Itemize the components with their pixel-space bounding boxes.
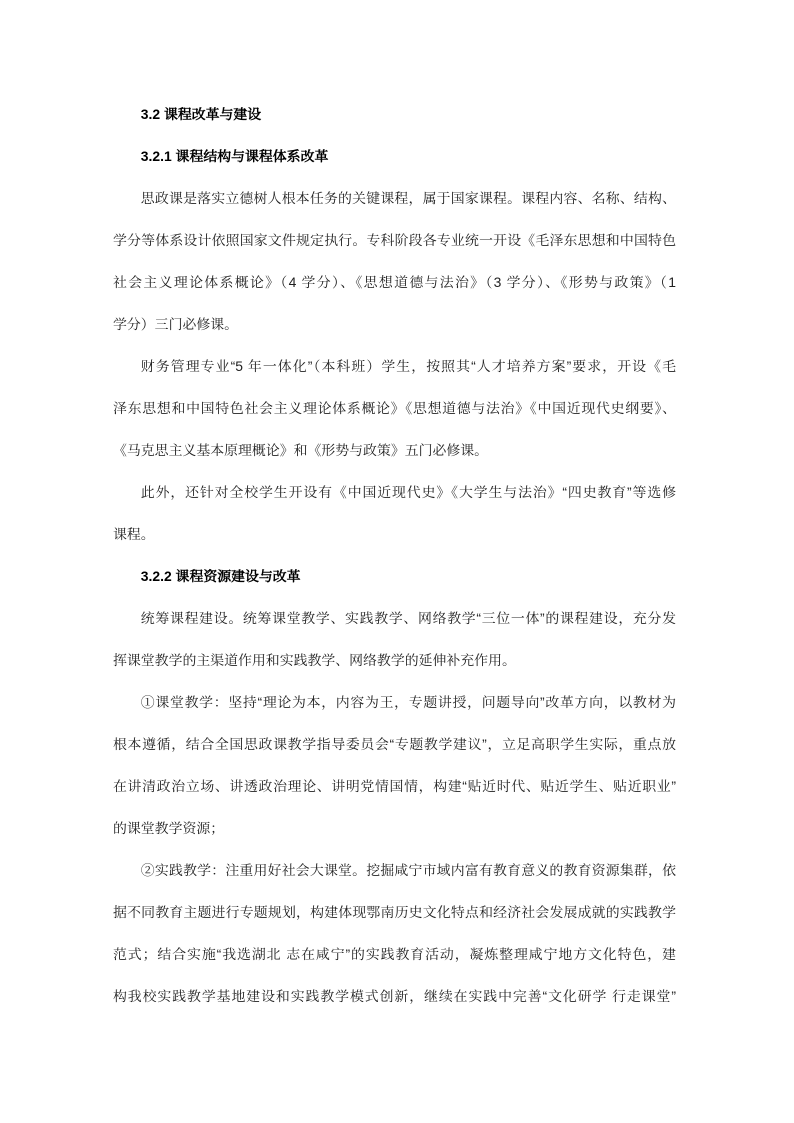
paragraph-line: 泽东思想和中国特色社会主义理论体系概论》《思想道德与法治》《中国近现代史纲要》、 <box>113 387 676 429</box>
section-heading: 3.2 课程改革与建设 <box>113 93 676 135</box>
section-heading: 3.2.2 课程资源建设与改革 <box>113 555 676 597</box>
paragraph-line: ①课堂教学：坚持“理论为本，内容为王，专题讲授，问题导向”改革方向，以教材为 <box>113 681 676 723</box>
paragraph-line: 统筹课程建设。统筹课堂教学、实践教学、网络教学“三位一体”的课程建设，充分发 <box>113 597 676 639</box>
paragraph-line: 在讲清政治立场、讲透政治理论、讲明党情国情，构建“贴近时代、贴近学生、贴近职业” <box>113 765 676 807</box>
paragraph-line: 据不同教育主题进行专题规划，构建体现鄂南历史文化特点和经济社会发展成就的实践教学 <box>113 891 676 933</box>
paragraph-line: 课程。 <box>113 513 676 555</box>
paragraph-line: 范式；结合实施“我选湖北 志在咸宁”的实践教育活动，凝炼整理咸宁地方文化特色，建 <box>113 933 676 975</box>
section-heading: 3.2.1 课程结构与课程体系改革 <box>113 135 676 177</box>
document-page: 3.2 课程改革与建设3.2.1 课程结构与课程体系改革思政课是落实立德树人根本… <box>0 0 794 1123</box>
paragraph-line: 挥课堂教学的主渠道作用和实践教学、网络教学的延伸补充作用。 <box>113 639 676 681</box>
paragraph-line: 的课堂教学资源； <box>113 807 676 849</box>
paragraph-line: 构我校实践教学基地建设和实践教学模式创新，继续在实践中完善“文化研学 行走课堂” <box>113 975 676 1017</box>
paragraph-line: 财务管理专业“5 年一体化”（本科班）学生，按照其“人才培养方案”要求，开设《毛 <box>113 345 676 387</box>
document-content: 3.2 课程改革与建设3.2.1 课程结构与课程体系改革思政课是落实立德树人根本… <box>113 93 676 1017</box>
paragraph-line: 社会主义理论体系概论》（4 学分）、《思想道德与法治》（3 学分）、《形势与政策… <box>113 261 676 303</box>
paragraph-line: 《马克思主义基本原理概论》和《形势与政策》五门必修课。 <box>113 429 676 471</box>
paragraph-line: 根本遵循，结合全国思政课教学指导委员会“专题教学建议”，立足高职学生实际，重点放 <box>113 723 676 765</box>
paragraph-line: 思政课是落实立德树人根本任务的关键课程，属于国家课程。课程内容、名称、结构、 <box>113 177 676 219</box>
paragraph-line: ②实践教学：注重用好社会大课堂。挖掘咸宁市域内富有教育意义的教育资源集群，依 <box>113 849 676 891</box>
paragraph-line: 此外，还针对全校学生开设有《中国近现代史》《大学生与法治》“四史教育”等选修 <box>113 471 676 513</box>
paragraph-line: 学分）三门必修课。 <box>113 303 676 345</box>
paragraph-line: 学分等体系设计依照国家文件规定执行。专科阶段各专业统一开设《毛泽东思想和中国特色 <box>113 219 676 261</box>
